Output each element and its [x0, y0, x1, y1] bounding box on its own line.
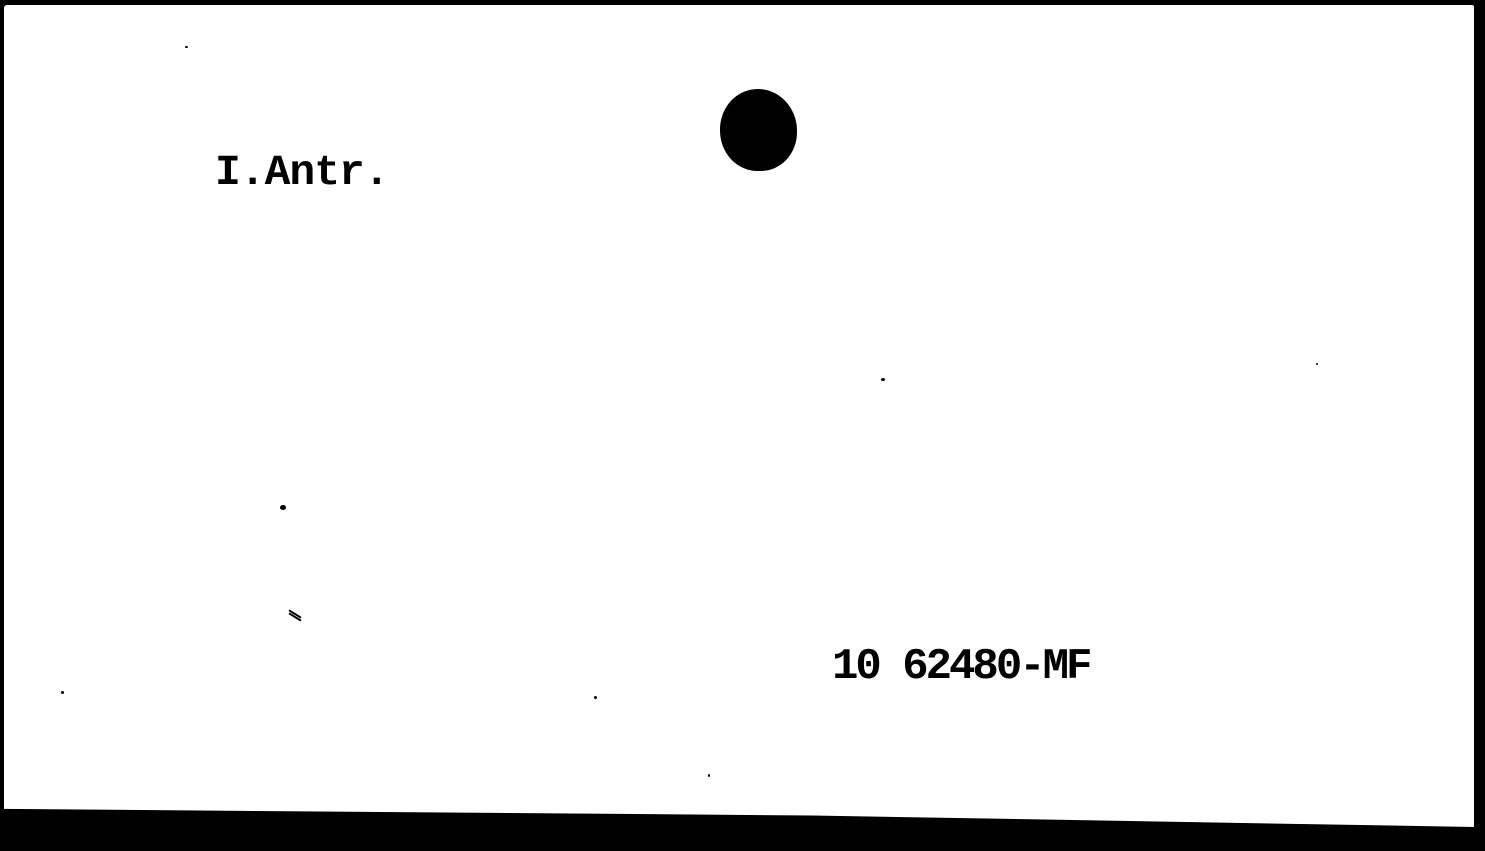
speck-mark: [594, 696, 597, 699]
speck-mark: [881, 378, 885, 381]
punch-hole-icon: [720, 89, 797, 171]
speck-mark: [280, 505, 286, 510]
speck-mark: [185, 46, 188, 48]
card-heading: I.Antr.: [215, 151, 389, 194]
index-card: I.Antr. 10 62480-MF: [4, 5, 1474, 827]
reference-number: 10 62480-MF: [832, 645, 1089, 689]
speck-mark: [61, 691, 64, 694]
speck-mark: [1316, 363, 1318, 365]
speck-mark: [708, 774, 710, 777]
